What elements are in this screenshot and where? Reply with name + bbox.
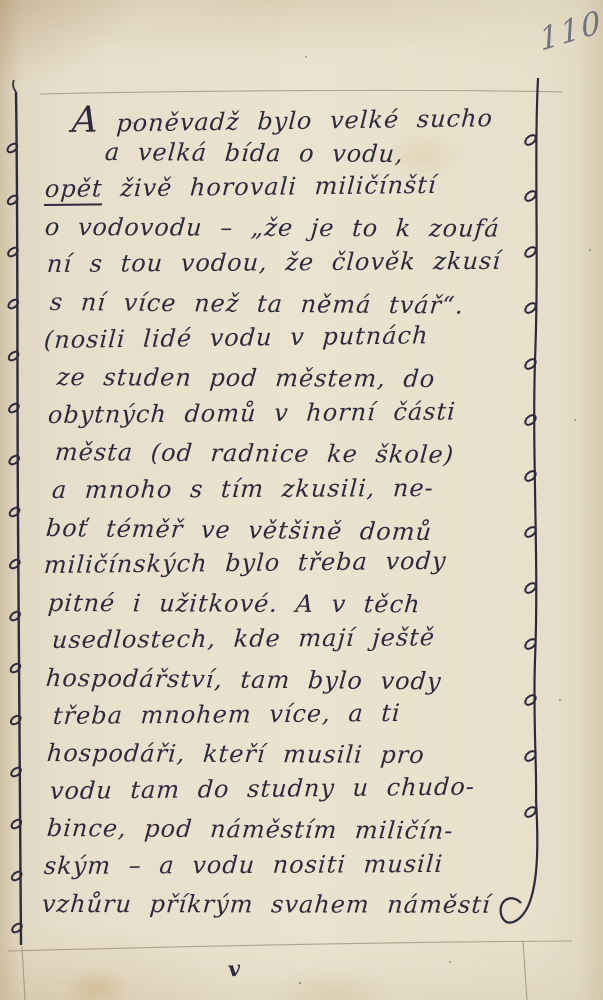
manuscript-page: 1109 A poněvadž bylo velké suchoa velká … xyxy=(0,0,603,1000)
manuscript-line: vzhůru příkrým svahem náměstí xyxy=(41,890,492,919)
manuscript-line: (nosili lidé vodu v putnách xyxy=(43,321,429,354)
underlined-word: opět xyxy=(44,175,104,207)
manuscript-line: třeba mnohem více, a ti xyxy=(52,699,401,730)
manuscript-line: ským – a vodu nositi musili xyxy=(43,850,444,880)
manuscript-line: o vodovodu – „že je to k zoufá xyxy=(44,213,501,243)
manuscript-line: bince, pod náměstím miličín- xyxy=(46,814,455,845)
manuscript-line: usedlostech, kde mají ještě xyxy=(51,624,436,655)
manuscript-line: boť téměř ve většině domů xyxy=(45,514,433,546)
manuscript-line: města (od radnice ke škole) xyxy=(54,438,455,469)
manuscript-line: ze studen pod městem, do xyxy=(56,363,436,393)
manuscript-line: pitné i užitkové. A v těch xyxy=(47,589,422,618)
manuscript-line: hospodáři, kteří musili pro xyxy=(46,739,426,769)
manuscript-line: hospodářství, tam bylo vody xyxy=(45,664,443,695)
manuscript-line: a velká bída o vodu, xyxy=(104,138,405,168)
manuscript-line: A poněvadž bylo velké sucho xyxy=(71,94,494,141)
manuscript-line: vodu tam do studny u chudo- xyxy=(49,772,476,804)
manuscript-line: a mnoho s tím zkusili, ne- xyxy=(51,474,435,504)
manuscript-line: s ní více než ta němá tvář“. xyxy=(49,288,465,320)
manuscript-line: ní s tou vodou, že člověk zkusí xyxy=(46,247,502,278)
manuscript-line: obytných domů v horní části xyxy=(47,397,457,429)
manuscript-line: miličínských bylo třeba vody xyxy=(43,547,447,579)
catchword-mark: v xyxy=(227,955,242,981)
manuscript-text: A poněvadž bylo velké suchoa velká bída … xyxy=(0,0,603,1000)
manuscript-line: opět živě horovali miličínští xyxy=(44,171,437,203)
